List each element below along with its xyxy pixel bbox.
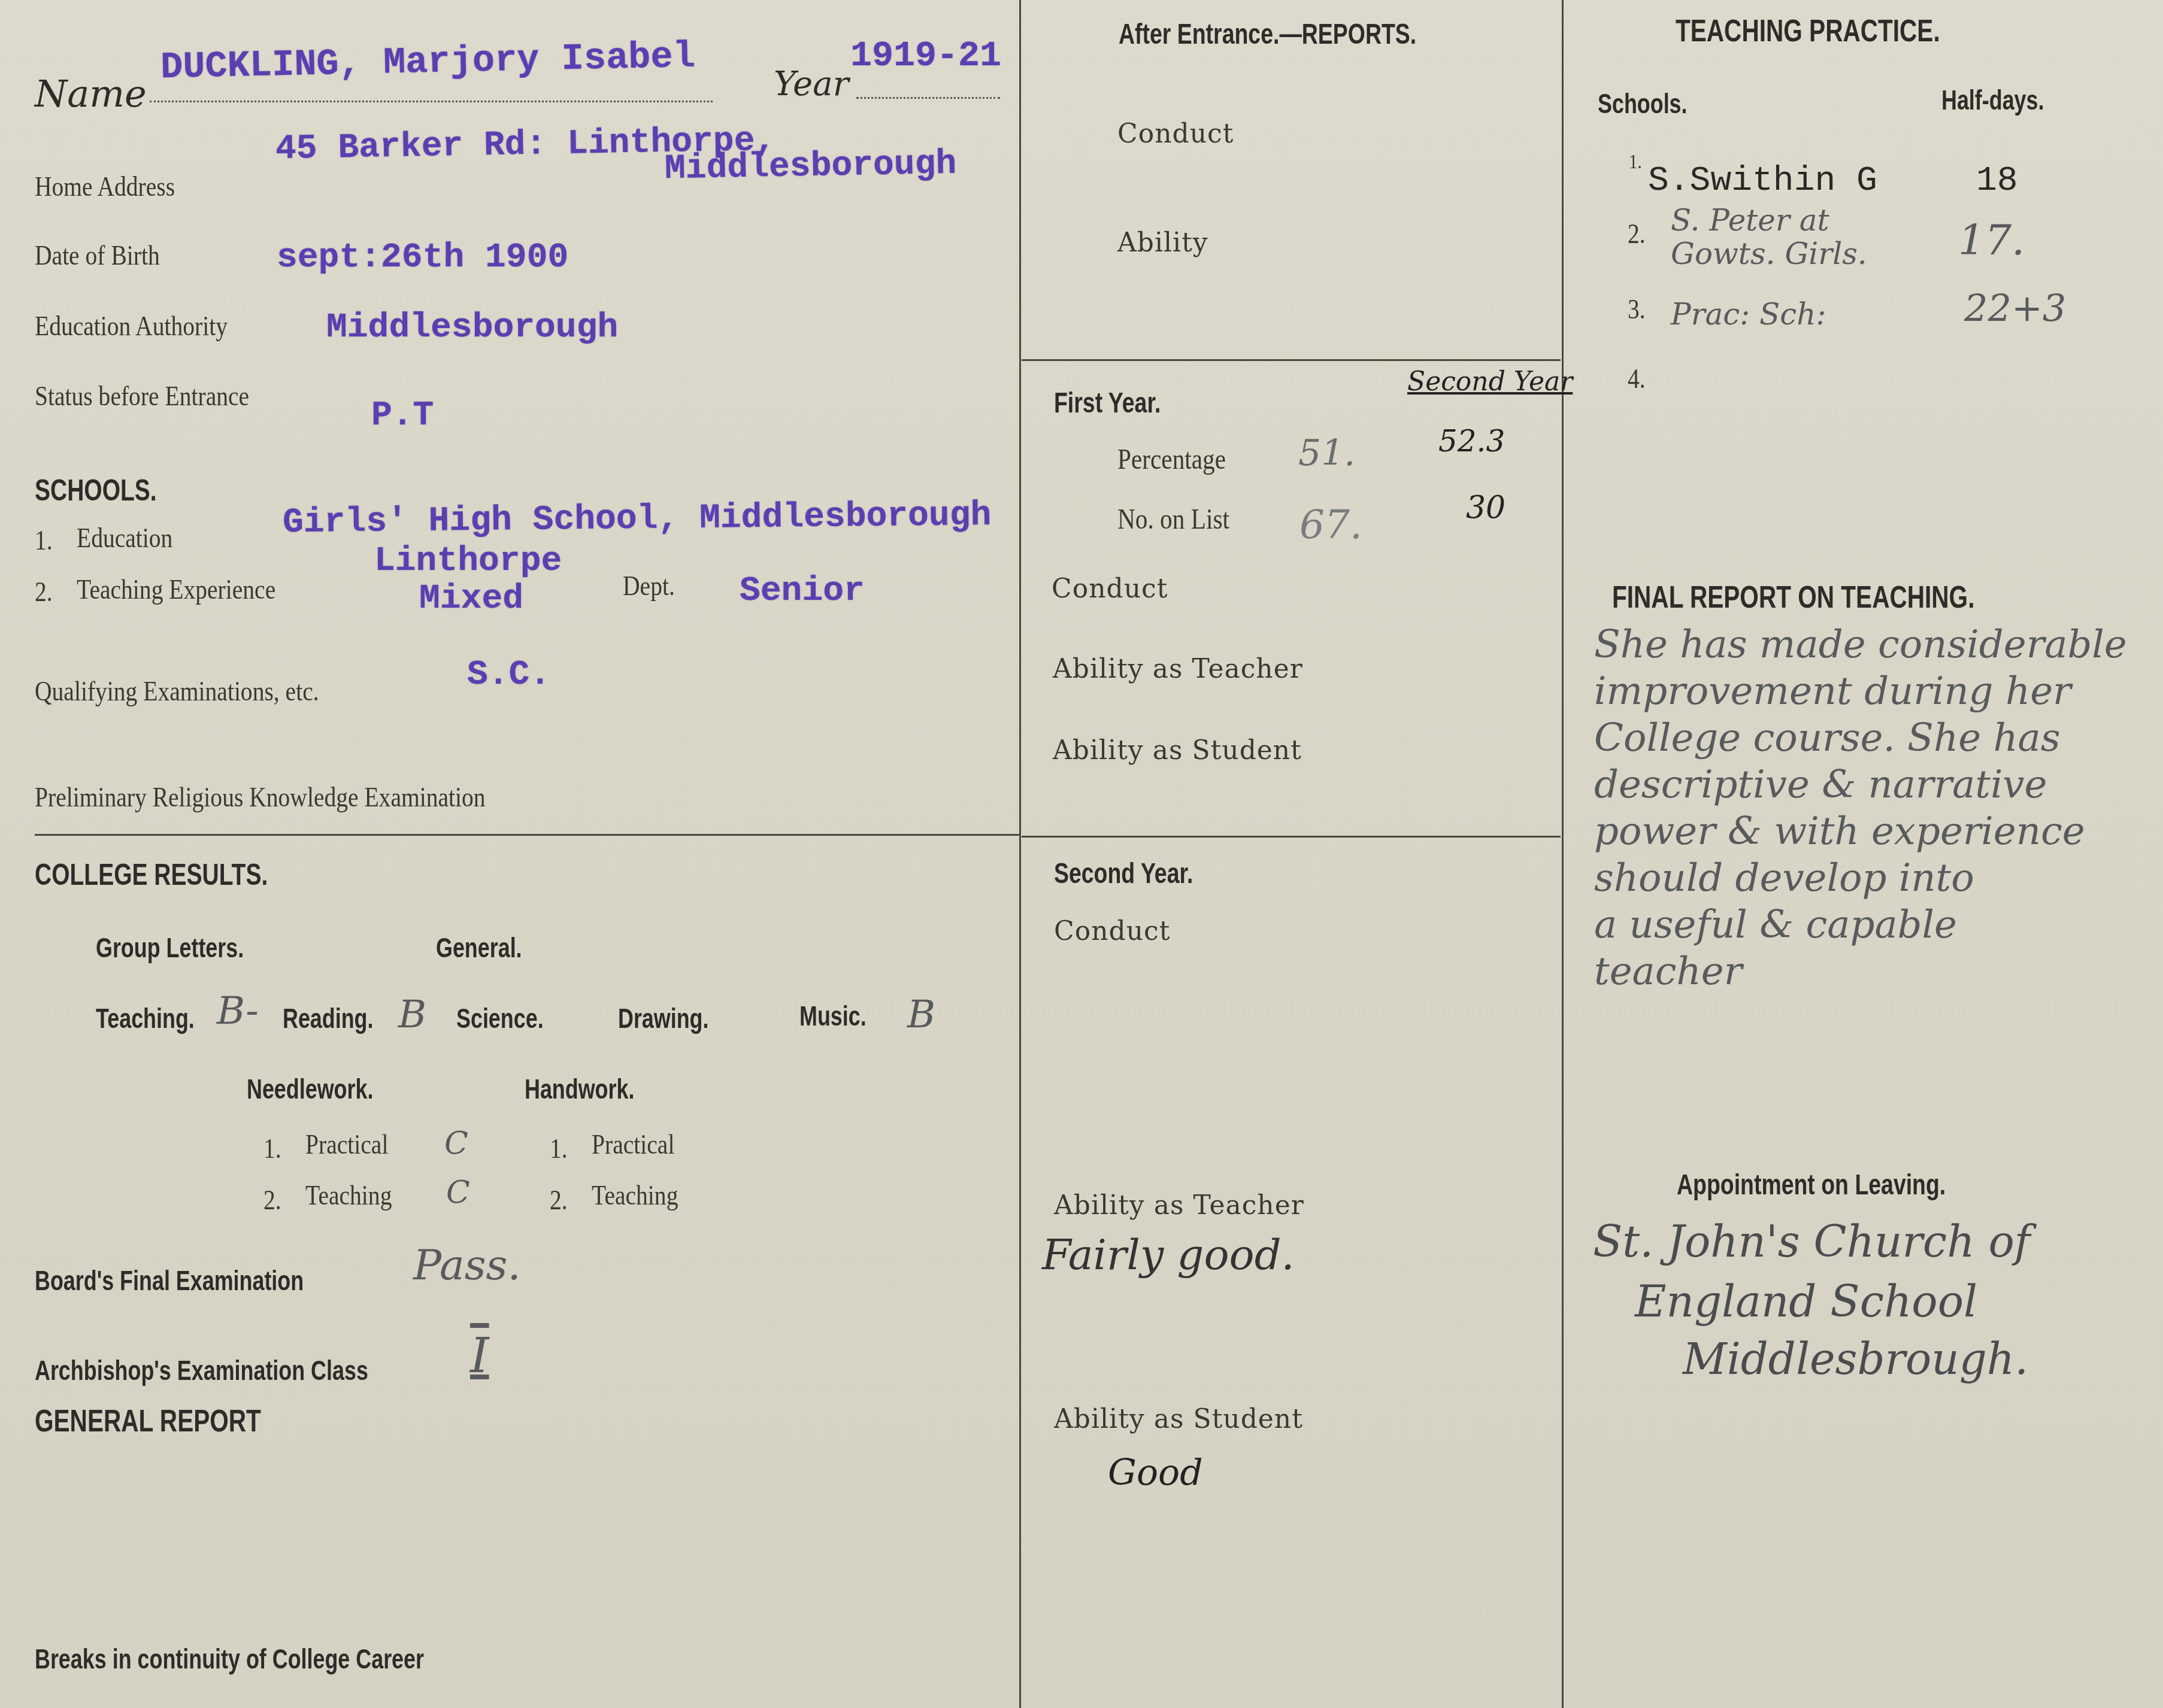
college-results-heading: COLLEGE RESULTS. <box>35 857 268 892</box>
after-entrance-conduct-label: Conduct <box>1117 119 1234 149</box>
schools-heading: SCHOOLS. <box>35 473 157 508</box>
second-year-ability-teacher-label: Ability as Teacher <box>1054 1190 1304 1221</box>
final-report-line: improvement during her <box>1594 669 2071 714</box>
percentage-second-year: 52.3 <box>1438 424 1505 459</box>
year-value: 1919-21 <box>850 36 1001 77</box>
reports-heading: After Entrance.—REPORTS. <box>1119 18 1416 51</box>
dept-value: Senior <box>740 572 865 611</box>
practice-school-3: Prac: Sch: <box>1671 297 1826 332</box>
education-authority-value: Middlesborough <box>326 308 618 347</box>
appointment-line: St. John's Church of <box>1593 1216 2030 1267</box>
practice-num-3: 3. <box>1628 293 1646 325</box>
needlework-label: Needlework. <box>247 1073 373 1105</box>
boards-final-value: Pass. <box>413 1240 521 1290</box>
student-record-card: Name DUCKLING, Marjory Isabel Year 1919-… <box>0 0 2163 1708</box>
handwork-teaching-label: Teaching <box>592 1179 678 1211</box>
final-report-heading: FINAL REPORT ON TEACHING. <box>1612 580 1974 615</box>
appointment-line: England School <box>1635 1276 1977 1327</box>
status-before-entrance-value: P.T <box>371 396 434 435</box>
subject-music-grade: B <box>907 993 935 1037</box>
teaching-experience-line2: Mixed <box>419 580 523 618</box>
name-underline <box>150 101 713 102</box>
first-year-ability-teacher-label: Ability as Teacher <box>1053 654 1303 684</box>
final-report-line: She has made considerable <box>1594 623 2127 667</box>
practice-num-4: 4. <box>1628 363 1646 395</box>
first-year-ability-student-label: Ability as Student <box>1053 735 1302 766</box>
final-report-line: College course. She has <box>1594 716 2061 760</box>
needlework-teaching-label: Teaching <box>305 1179 392 1211</box>
subject-science-label: Science. <box>456 1002 544 1034</box>
preliminary-religious-label: Preliminary Religious Knowledge Examinat… <box>35 781 486 813</box>
needlework-practical-grade: C <box>444 1125 468 1161</box>
boards-final-label: Board's Final Examination <box>35 1264 304 1297</box>
first-year-heading: First Year. <box>1054 387 1161 420</box>
divider-after-entrance <box>1022 359 1561 361</box>
handwork-practical-num: 1. <box>550 1133 568 1164</box>
first-year-conduct-label: Conduct <box>1052 574 1168 604</box>
teaching-experience-label: Teaching Experience <box>77 574 275 605</box>
final-report-line: descriptive & narrative <box>1594 763 2047 807</box>
second-year-heading: Second Year. <box>1054 857 1193 890</box>
practice-num-2: 2. <box>1628 218 1646 250</box>
after-entrance-ability-label: Ability <box>1117 227 1208 258</box>
qualifying-examinations-label: Qualifying Examinations, etc. <box>35 675 319 707</box>
general-report-label: GENERAL REPORT <box>35 1403 261 1439</box>
needlework-practical-num: 1. <box>263 1133 281 1164</box>
subject-teaching-label: Teaching. <box>96 1002 195 1034</box>
final-report-line: a useful & capable <box>1594 903 1957 947</box>
education-label: Education <box>77 522 172 554</box>
practice-halfdays-1: 18 <box>1976 162 2018 201</box>
no-on-list-second-year: 30 <box>1466 490 1505 526</box>
teaching-experience-num: 2. <box>35 576 53 608</box>
subject-reading-label: Reading. <box>283 1002 374 1034</box>
education-num: 1. <box>35 524 53 556</box>
subject-reading-grade: B <box>398 993 426 1037</box>
home-address-line2: Middlesborough <box>664 145 956 189</box>
practice-num-1: 1. <box>1629 151 1642 174</box>
handwork-label: Handwork. <box>525 1073 634 1105</box>
status-before-entrance-label: Status before Entrance <box>35 380 249 412</box>
handwork-practical-label: Practical <box>592 1128 674 1160</box>
subject-drawing-label: Drawing. <box>618 1002 709 1034</box>
subject-teaching-grade: B- <box>217 989 259 1033</box>
archbishops-label: Archbishop's Examination Class <box>35 1354 368 1387</box>
practice-halfdays-2: 17. <box>1958 216 2025 265</box>
education-authority-label: Education Authority <box>35 310 228 342</box>
qualifying-examinations-value: S.C. <box>467 656 550 694</box>
second-year-note: Second Year <box>1407 366 1573 397</box>
practice-halfdays-3: 22+3 <box>1964 286 2066 330</box>
divider-left-middle <box>1019 0 1021 1708</box>
teaching-practice-heading: TEACHING PRACTICE. <box>1676 13 1940 49</box>
practice-school-2: S. Peter at Gowts. Girls. <box>1671 204 1910 271</box>
practice-school-1: S.Swithin G <box>1648 162 1877 201</box>
no-on-list-label: No. on List <box>1117 503 1229 536</box>
breaks-label: Breaks in continuity of College Career <box>35 1643 424 1675</box>
appointment-line: Middlesbrough. <box>1683 1334 2028 1384</box>
final-report-line: teacher <box>1594 949 1742 994</box>
percentage-first-year: 51. <box>1298 432 1355 474</box>
year-label: Year <box>774 65 849 104</box>
group-letters-label: Group Letters. <box>96 932 244 964</box>
no-on-list-first-year: 67. <box>1299 502 1362 548</box>
home-address-label: Home Address <box>35 171 175 202</box>
second-year-conduct-label: Conduct <box>1054 916 1170 946</box>
second-year-ability-teacher-value: Fairly good. <box>1042 1230 1295 1279</box>
percentage-label: Percentage <box>1117 443 1226 476</box>
handwork-teaching-num: 2. <box>550 1184 568 1216</box>
subject-music-label: Music. <box>799 1000 867 1032</box>
date-of-birth-label: Date of Birth <box>35 239 160 271</box>
second-year-ability-student-value: Good <box>1108 1452 1203 1494</box>
needlework-teaching-grade: C <box>446 1175 470 1211</box>
schools-column-label: Schools. <box>1598 87 1688 120</box>
name-value: DUCKLING, Marjory Isabel <box>160 35 695 89</box>
needlework-teaching-num: 2. <box>263 1184 281 1216</box>
final-report-line: power & with experience <box>1594 809 2085 854</box>
dept-label: Dept. <box>623 570 675 602</box>
education-school-value: Girls' High School, Middlesborough <box>283 496 992 542</box>
divider-left-section <box>35 834 1019 836</box>
needlework-practical-label: Practical <box>305 1128 388 1160</box>
final-report-line: should develop into <box>1594 856 1974 900</box>
second-year-ability-student-label: Ability as Student <box>1054 1404 1303 1434</box>
year-underline <box>856 97 1000 99</box>
divider-first-year <box>1022 836 1561 838</box>
appointment-heading: Appointment on Leaving. <box>1677 1169 1946 1202</box>
name-label: Name <box>35 72 147 116</box>
general-label: General. <box>436 932 522 964</box>
date-of-birth-value: sept:26th 1900 <box>277 238 568 277</box>
archbishops-value: I <box>470 1328 489 1384</box>
divider-middle-right <box>1562 0 1564 1708</box>
teaching-experience-line1: Linthorpe <box>374 542 562 581</box>
half-days-column-label: Half-days. <box>1941 84 2044 116</box>
